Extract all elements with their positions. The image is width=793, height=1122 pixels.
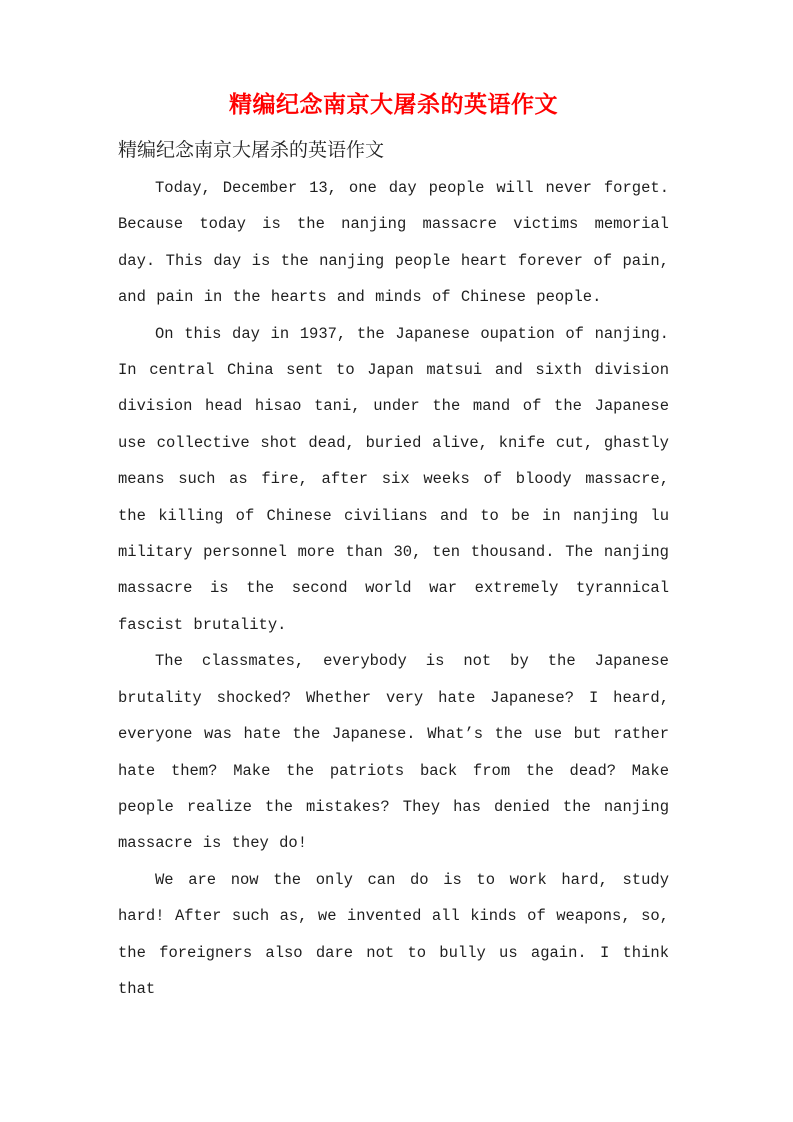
paragraph-3: The classmates, everybody is not by the … — [118, 643, 669, 861]
document-body: Today, December 13, one day people will … — [118, 170, 669, 1007]
document-title: 精编纪念南京大屠杀的英语作文 — [118, 88, 669, 120]
document-subtitle: 精编纪念南京大屠杀的英语作文 — [118, 137, 669, 165]
paragraph-2: On this day in 1937, the Japanese oupati… — [118, 316, 669, 644]
document-content: 精编纪念南京大屠杀的英语作文 精编纪念南京大屠杀的英语作文 Today, Dec… — [118, 88, 669, 1007]
paragraph-1: Today, December 13, one day people will … — [118, 170, 669, 316]
paragraph-4: We are now the only can do is to work ha… — [118, 862, 669, 1008]
document-page: 精编纪念南京大屠杀的英语作文 精编纪念南京大屠杀的英语作文 Today, Dec… — [0, 0, 793, 1122]
